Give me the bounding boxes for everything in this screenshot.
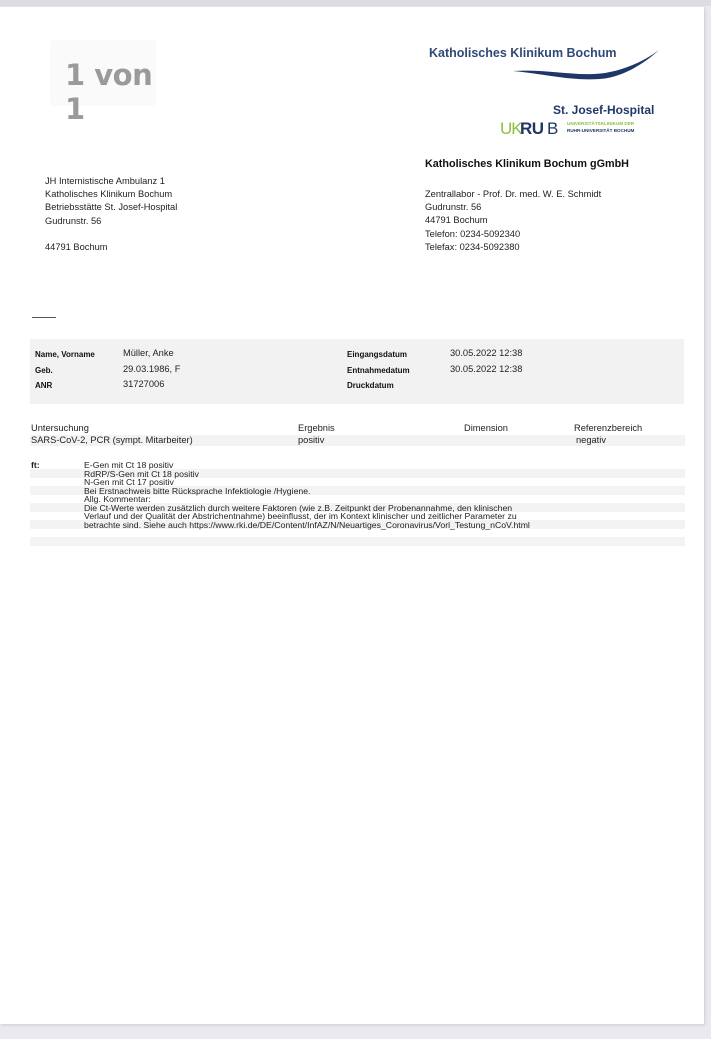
name-value: Müller, Anke: [123, 348, 174, 358]
document-page: 1 von 1 Katholisches Klinikum Bochum St.…: [0, 7, 704, 1024]
recipient-line: JH Internistische Ambulanz 1: [45, 175, 177, 188]
ukrub-subtitle-2: RUHR-UNIVERSITÄT BOCHUM: [567, 128, 634, 133]
dob-label: Geb.: [35, 366, 53, 375]
page-indicator-text: 1 von 1: [65, 58, 156, 126]
recipient-line: Gudrunstr. 56: [45, 215, 177, 228]
collected-value: 30.05.2022 12:38: [450, 364, 522, 374]
name-label: Name, Vorname: [35, 350, 95, 359]
received-value: 30.05.2022 12:38: [450, 348, 522, 358]
header-result: Ergebnis: [298, 423, 335, 433]
ukrub-subtitle-1: UNIVERSITÄTSKLINIKUM DER: [567, 121, 634, 126]
page-indicator: 1 von 1: [50, 40, 156, 106]
recipient-line: [45, 228, 177, 241]
recipient-line: Betriebsstätte St. Josef-Hospital: [45, 201, 177, 214]
sender-line: 44791 Bochum: [425, 214, 601, 227]
comment-label: ft:: [31, 461, 40, 470]
header-reference: Referenzbereich: [574, 423, 642, 433]
result-value: positiv: [298, 435, 324, 445]
recipient-line: 44791 Bochum: [45, 241, 177, 254]
sender-line: Zentrallabor - Prof. Dr. med. W. E. Schm…: [425, 188, 601, 201]
ukrub-uk: UK: [500, 119, 522, 139]
hospital-name-logo: St. Josef-Hospital: [553, 103, 654, 117]
header-unit: Dimension: [464, 423, 508, 433]
received-label: Eingangsdatum: [347, 350, 407, 359]
sender-line: Telefon: 0234-5092340: [425, 228, 601, 241]
header-test: Untersuchung: [31, 423, 89, 433]
recipient-line: Katholisches Klinikum Bochum: [45, 188, 177, 201]
anr-label: ANR: [35, 381, 52, 390]
printed-label: Druckdatum: [347, 381, 394, 390]
sender-organization: Katholisches Klinikum Bochum gGmbH: [425, 158, 629, 170]
sender-address: Zentrallabor - Prof. Dr. med. W. E. Schm…: [425, 188, 601, 254]
collected-label: Entnahmedatum: [347, 366, 410, 375]
ukrub-b: B: [547, 119, 558, 139]
comment-line: betrachte sind. Siehe auch https://www.r…: [84, 521, 530, 530]
kkb-swoosh-logo: [505, 47, 665, 83]
divider-mark: [32, 317, 56, 318]
comment-row-bg: [30, 537, 685, 546]
viewer-top-bar: [0, 0, 711, 6]
result-test: SARS-CoV-2, PCR (sympt. Mitarbeiter): [31, 435, 193, 445]
sender-line: Telefax: 0234-5092380: [425, 241, 601, 254]
result-reference: negativ: [576, 435, 606, 445]
anr-value: 31727006: [123, 379, 164, 389]
ukrub-ru: RU: [520, 119, 544, 139]
sender-line: Gudrunstr. 56: [425, 201, 601, 214]
dob-value: 29.03.1986, F: [123, 364, 180, 374]
recipient-address: JH Internistische Ambulanz 1 Katholische…: [45, 175, 177, 254]
